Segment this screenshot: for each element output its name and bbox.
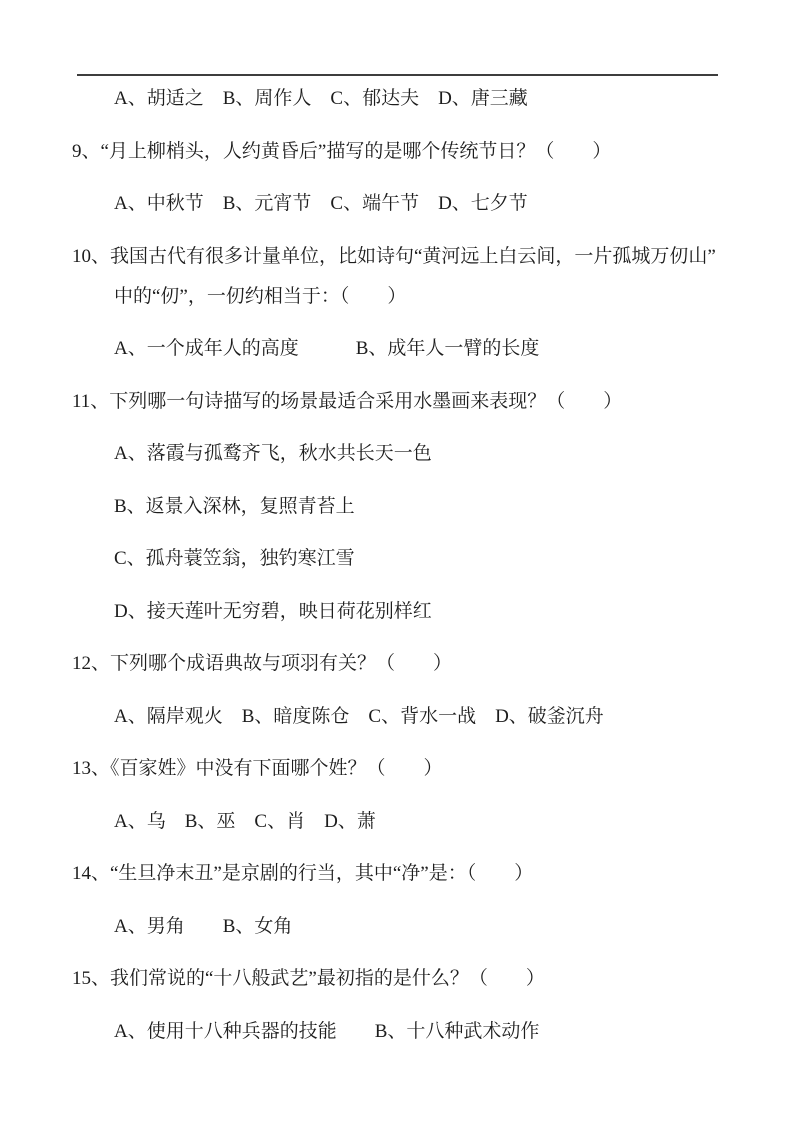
question-11-option-c: C、孤舟蓑笠翁，独钓寒江雪	[0, 548, 793, 570]
question-13-stem: 13、《百家姓》中没有下面哪个姓？（ ）	[0, 758, 793, 780]
question-13-options: A、乌 B、巫 C、肖 D、萧	[0, 811, 793, 833]
question-15-options: A、使用十八种兵器的技能 B、十八种武术动作	[0, 1021, 793, 1043]
question-10-options: A、一个成年人的高度 B、成年人一臂的长度	[0, 338, 793, 360]
question-8-options: A、胡适之 B、周作人 C、郁达夫 D、唐三藏	[0, 88, 793, 110]
question-11-option-a: A、落霞与孤鹜齐飞，秋水共长天一色	[0, 443, 793, 465]
document-page: A、胡适之 B、周作人 C、郁达夫 D、唐三藏 9、“月上柳梢头，人约黄昏后”描…	[0, 0, 793, 1122]
header-rule	[77, 74, 718, 76]
question-10-stem-line-1: 10、我国古代有很多计量单位，比如诗句“黄河远上白云间，一片孤城万仞山”	[0, 246, 793, 268]
question-9-options: A、中秋节 B、元宵节 C、端午节 D、七夕节	[0, 193, 793, 215]
question-14-options: A、男角 B、女角	[0, 916, 793, 938]
question-14-stem: 14、“生旦净末丑”是京剧的行当，其中“净”是：（ ）	[0, 863, 793, 885]
question-12-options: A、隔岸观火 B、暗度陈仓 C、背水一战 D、破釜沉舟	[0, 706, 793, 728]
quiz-content: A、胡适之 B、周作人 C、郁达夫 D、唐三藏 9、“月上柳梢头，人约黄昏后”描…	[0, 88, 793, 1073]
question-10-stem-line-2: 中的“仞”，一仞约相当于：（ ）	[0, 286, 793, 308]
question-9-stem: 9、“月上柳梢头，人约黄昏后”描写的是哪个传统节日？（ ）	[0, 141, 793, 163]
question-11-option-b: B、返景入深林，复照青苔上	[0, 496, 793, 518]
question-15-stem: 15、我们常说的“十八般武艺”最初指的是什么？（ ）	[0, 968, 793, 990]
question-11-option-d: D、接天莲叶无穷碧，映日荷花别样红	[0, 601, 793, 623]
question-12-stem: 12、下列哪个成语典故与项羽有关？（ ）	[0, 653, 793, 675]
question-11-stem: 11、下列哪一句诗描写的场景最适合采用水墨画来表现？（ ）	[0, 391, 793, 413]
